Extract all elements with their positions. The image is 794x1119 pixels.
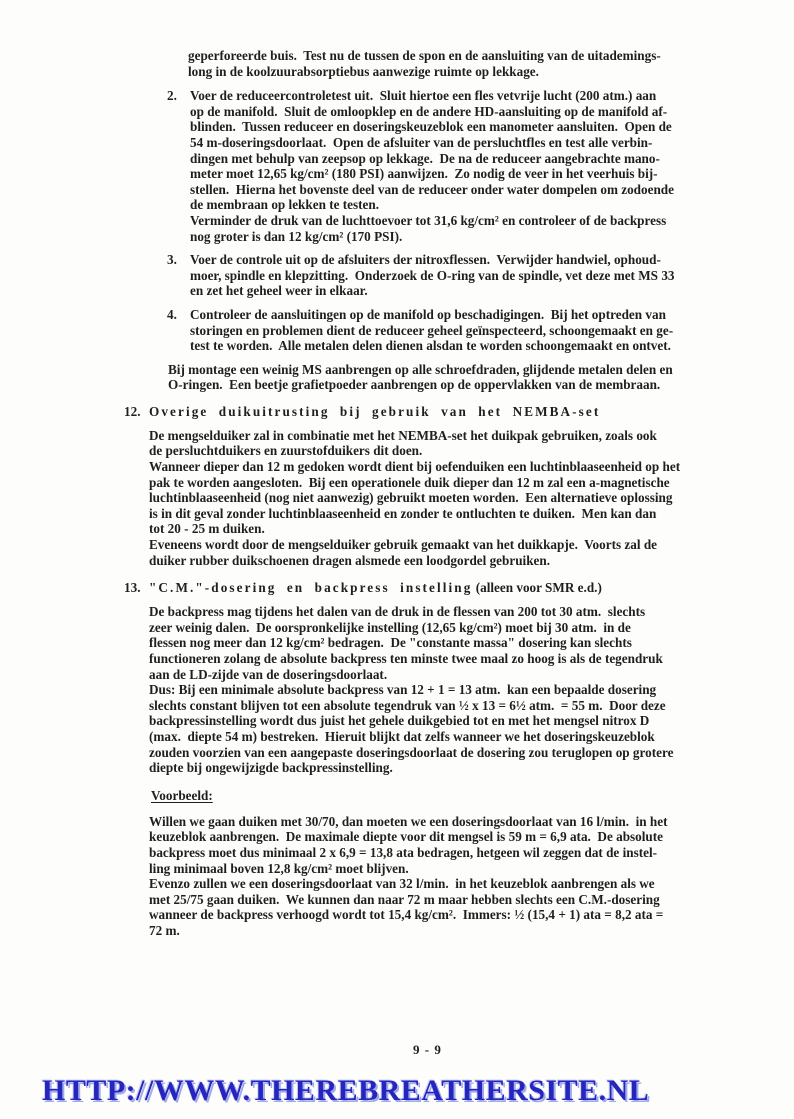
section-title: "C.M."-dosering en backpress instelling — [149, 580, 472, 596]
text-line: dingen met behulp van zeepsop op lekkage… — [190, 151, 674, 167]
list-item-2: 2. Voer de reduceercontroletest uit. Slu… — [167, 88, 784, 244]
text-line: Voer de controle uit op de afsluiters de… — [190, 252, 675, 268]
example-body: Willen we gaan duiken met 30/70, dan moe… — [149, 814, 784, 939]
list-item-text: Voer de reduceercontroletest uit. Sluit … — [190, 88, 674, 244]
text-line: De mengselduiker zal in combinatie met h… — [149, 428, 784, 444]
section-title-suffix: (alleen voor SMR e.d.) — [472, 580, 601, 596]
text-line: blinden. Tussen reduceer en doseringskeu… — [190, 119, 674, 135]
text-line: de persluchtduikers en zuurstofduikers d… — [149, 443, 784, 459]
text-line: Willen we gaan duiken met 30/70, dan moe… — [149, 814, 784, 830]
list-item-number: 3. — [167, 252, 190, 299]
text-line: Eveneens wordt door de mengselduiker geb… — [149, 537, 784, 553]
text-line: met 25/75 gaan duiken. We kunnen dan naa… — [149, 892, 784, 908]
text-line: functioneren zolang de absolute backpres… — [149, 651, 784, 667]
text-line: stellen. Hierna het bovenste deel van de… — [190, 182, 674, 198]
text-line: flessen nog meer dan 12 kg/cm² bedragen.… — [149, 635, 784, 651]
text-line: geperforeerde buis. Test nu de tussen de… — [188, 48, 784, 64]
text-line: zeer weinig dalen. De oorspronkelijke in… — [149, 620, 784, 636]
text-line: Evenzo zullen we een doseringsdoorlaat v… — [149, 876, 784, 892]
text-line: long in de koolzuurabsorptiebus aanwezig… — [188, 64, 784, 80]
text-line: meter moet 12,65 kg/cm² (180 PSI) aanwij… — [190, 166, 674, 182]
section-13-heading: 13. "C.M."-dosering en backpress instell… — [124, 580, 784, 596]
example-label-text: Voorbeeld: — [151, 788, 213, 803]
text-line: backpress moet dus minimaal 2 x 6,9 = 13… — [149, 845, 784, 861]
text-line: keuzeblok aanbrengen. De maximale diepte… — [149, 829, 784, 845]
text-line: Voer de reduceercontroletest uit. Sluit … — [190, 88, 674, 104]
list-item-number: 2. — [167, 88, 190, 244]
section-12-heading: 12. Overige duikuitrusting bij gebruik v… — [124, 404, 784, 420]
text-line: Verminder de druk van de luchttoevoer to… — [190, 213, 674, 229]
text-line: op de manifold. Sluit de omloopklep en d… — [190, 104, 674, 120]
text-line: Bij montage een weinig MS aanbrengen op … — [168, 362, 784, 378]
section-12-body: De mengselduiker zal in combinatie met h… — [149, 428, 784, 568]
text-line: O-ringen. Een beetje grafietpoeder aanbr… — [168, 377, 784, 393]
text-line: Wanneer dieper dan 12 m gedoken wordt di… — [149, 459, 784, 475]
text-line: De backpress mag tijdens het dalen van d… — [149, 604, 784, 620]
text-line: tot 20 - 25 m duiken. — [149, 521, 784, 537]
text-line: en zet het geheel weer in elkaar. — [190, 283, 675, 299]
list-item-number: 4. — [167, 307, 190, 354]
text-line: storingen en problemen dient de reduceer… — [190, 323, 673, 339]
assembly-note-paragraph: Bij montage een weinig MS aanbrengen op … — [168, 362, 784, 393]
text-line: moer, spindle en klepzitting. Onderzoek … — [190, 268, 675, 284]
text-line: ling minimaal boven 12,8 kg/cm² moet bli… — [149, 861, 784, 877]
section-13-body: De backpress mag tijdens het dalen van d… — [149, 604, 784, 776]
document-page: geperforeerde buis. Test nu de tussen de… — [0, 0, 794, 1119]
paragraph-continuation: geperforeerde buis. Test nu de tussen de… — [188, 48, 784, 79]
text-line: Controleer de aansluitingen op de manifo… — [190, 307, 673, 323]
text-line: (max. diepte 54 m) bestreken. Hieruit bl… — [149, 729, 784, 745]
text-line: pak te worden aangesloten. Bij een opera… — [149, 475, 784, 491]
text-line: 72 m. — [149, 923, 784, 939]
text-line: zouden voorzien van een aangepaste doser… — [149, 745, 784, 761]
text-line: luchtinblaaseenheid (nog niet aanwezig) … — [149, 490, 784, 506]
text-line: backpressinstelling wordt dus juist het … — [149, 713, 784, 729]
text-line: duiker rubber duikschoenen dragen alsmed… — [149, 553, 784, 569]
text-line: diepte bij ongewijzigde backpressinstell… — [149, 760, 784, 776]
text-line: test te worden. Alle metalen delen diene… — [190, 338, 673, 354]
text-line: aan de LD-zijde van de doseringsdoorlaat… — [149, 667, 784, 683]
section-number: 13. — [124, 580, 149, 596]
list-item-4: 4. Controleer de aansluitingen op de man… — [167, 307, 784, 354]
example-label: Voorbeeld: — [151, 788, 784, 804]
list-item-text: Voer de controle uit op de afsluiters de… — [190, 252, 675, 299]
text-line: is in dit geval zonder luchtinblaaseenhe… — [149, 506, 784, 522]
text-line: 54 m-doseringsdoorlaat. Open de afsluite… — [190, 135, 674, 151]
text-line: slechts constant blijven tot een absolut… — [149, 698, 784, 714]
section-number: 12. — [124, 404, 149, 420]
watermark-url: HTTP://WWW.THEREBREATHERSITE.NL — [42, 1074, 762, 1108]
text-line: wanneer de backpress verhoogd wordt tot … — [149, 907, 784, 923]
section-title: Overige duikuitrusting bij gebruik van h… — [149, 404, 600, 420]
list-item-text: Controleer de aansluitingen op de manifo… — [190, 307, 673, 354]
text-line: Dus: Bij een minimale absolute backpress… — [149, 682, 784, 698]
page-number: 9 - 9 — [413, 1042, 442, 1058]
text-line: nog groter is dan 12 kg/cm² (170 PSI). — [190, 229, 674, 245]
list-item-3: 3. Voer de controle uit op de afsluiters… — [167, 252, 784, 299]
text-line: de membraan op lekken te testen. — [190, 197, 674, 213]
page-content: geperforeerde buis. Test nu de tussen de… — [124, 48, 784, 951]
